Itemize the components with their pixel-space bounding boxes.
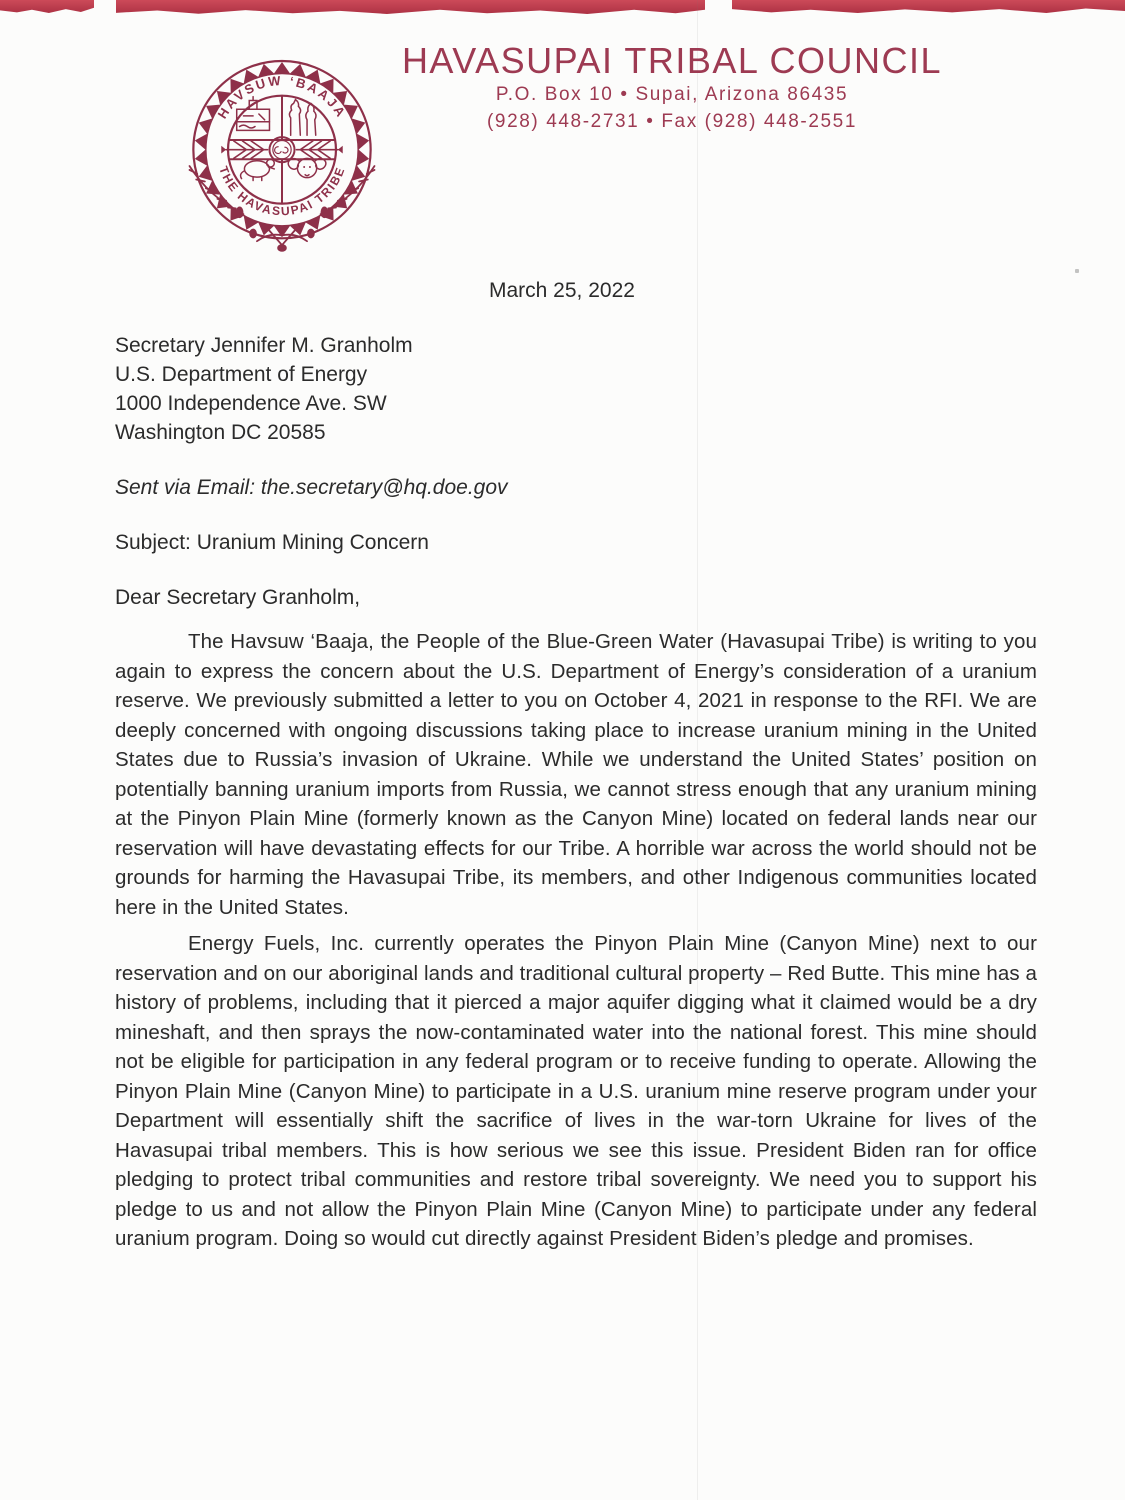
subject-line: Subject: Uranium Mining Concern <box>115 531 429 555</box>
recipient-line: Secretary Jennifer M. Granholm <box>115 331 413 360</box>
scan-artifact <box>1075 269 1079 273</box>
sent-via-line: Sent via Email: the.secretary@hq.doe.gov <box>115 476 508 500</box>
top-red-band-segment <box>732 0 1125 13</box>
recipient-line: U.S. Department of Energy <box>115 360 413 389</box>
body-paragraph: The Havsuw ‘Baaja, the People of the Blu… <box>115 627 1037 922</box>
tribal-seal-icon: HAVSUW ‘BAAJA THE HAVASUPAI TRIBE <box>176 50 388 258</box>
org-address-line: P.O. Box 10 • Supai, Arizona 86435 <box>383 83 961 107</box>
org-phone-line: (928) 448-2731 • Fax (928) 448-2551 <box>383 110 961 134</box>
recipient-line: 1000 Independence Ave. SW <box>115 389 413 418</box>
letter-body: The Havsuw ‘Baaja, the People of the Blu… <box>115 627 1037 1254</box>
salutation-line: Dear Secretary Granholm, <box>115 586 360 610</box>
body-paragraph: Energy Fuels, Inc. currently operates th… <box>115 929 1037 1254</box>
top-red-band-segment <box>116 0 705 14</box>
recipient-line: Washington DC 20585 <box>115 418 413 447</box>
org-name: HAVASUPAI TRIBAL COUNCIL <box>383 42 961 80</box>
top-red-band-segment <box>0 0 94 13</box>
letterhead-text: HAVASUPAI TRIBAL COUNCIL P.O. Box 10 • S… <box>383 42 961 134</box>
letter-page: HAVSUW ‘BAAJA THE HAVASUPAI TRIBE HAVASU… <box>0 0 1125 1500</box>
date-line: March 25, 2022 <box>489 279 635 303</box>
recipient-block: Secretary Jennifer M. Granholm U.S. Depa… <box>115 331 413 447</box>
